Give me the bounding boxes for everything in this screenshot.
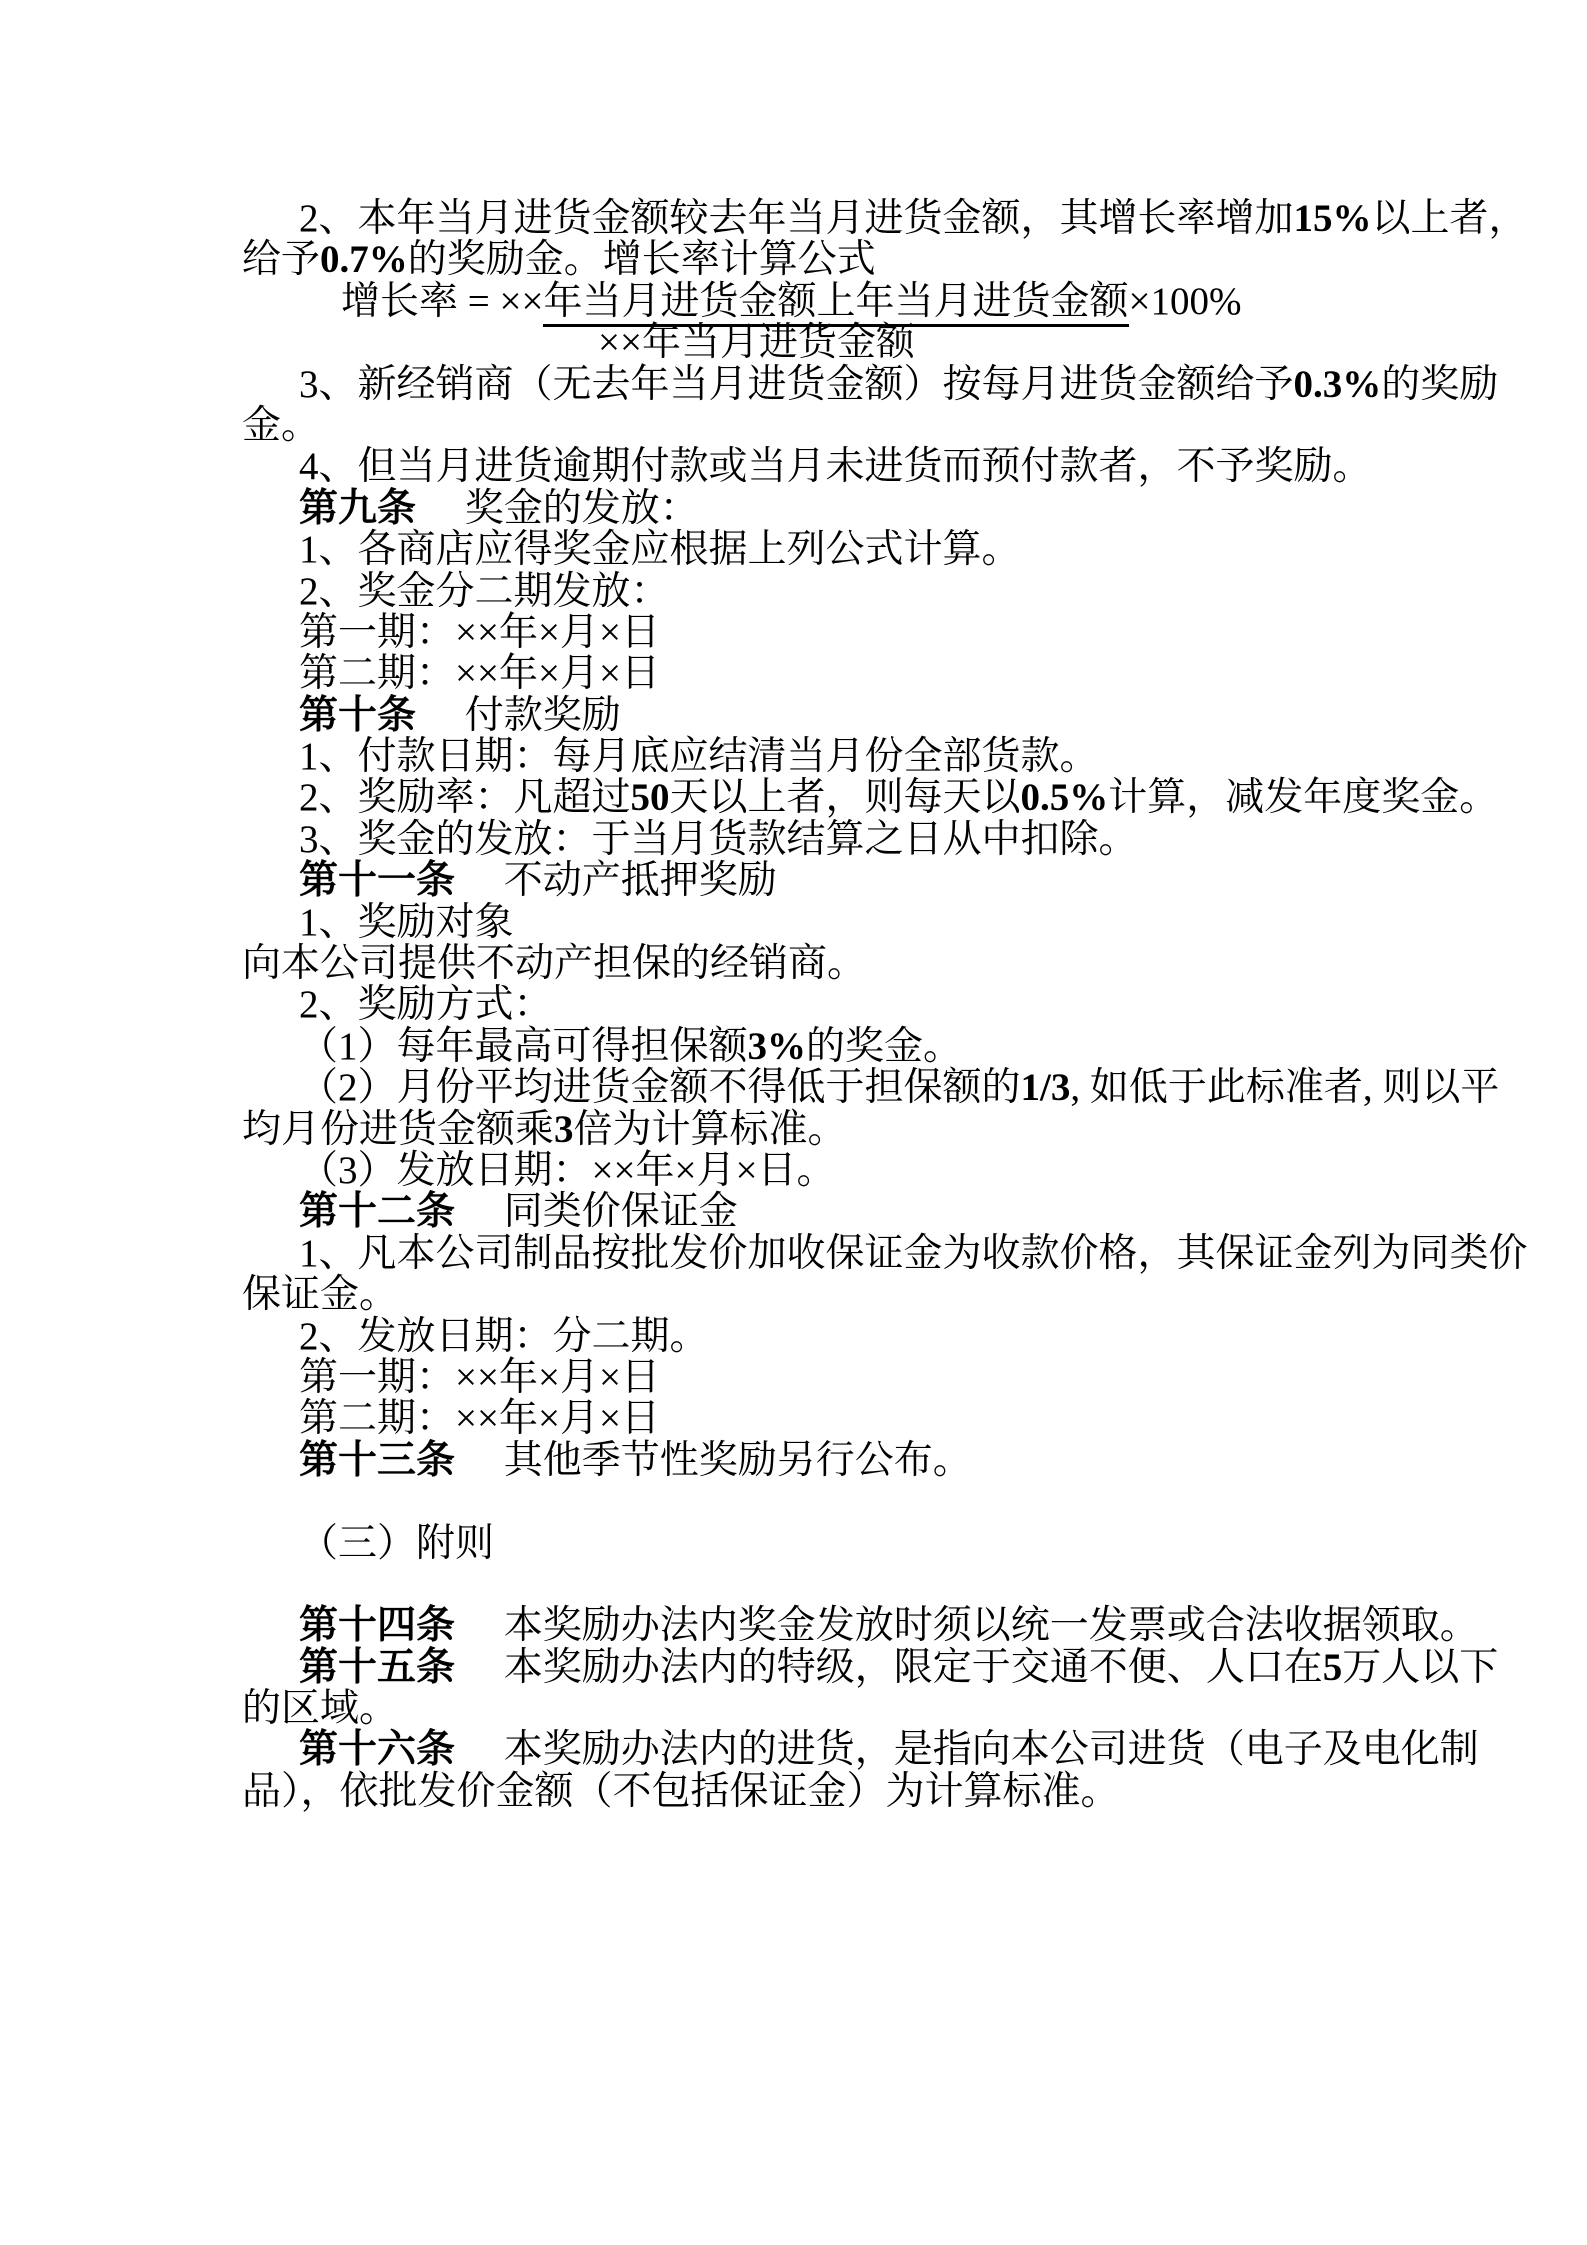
- text-line: 1、各商店应得奖金应根据上列公式计算。: [242, 529, 1587, 570]
- text-segment: 的区域。: [242, 1687, 398, 1730]
- text-segment: 第二期：××年×月×日: [299, 652, 660, 695]
- text-line: 第一期：××年×月×日: [242, 612, 1587, 653]
- text-segment: 付款奖励: [416, 694, 621, 737]
- text-line: 3、新经销商（无去年当月进货金额）按每月进货金额给予0.3%的奖励: [242, 364, 1587, 405]
- bold-text-segment: 第十二条: [299, 1190, 455, 1233]
- text-line: （1）每年最高可得担保额3%的奖金。: [242, 1026, 1587, 1067]
- text-segment: 奖金的发放：: [416, 487, 699, 530]
- text-segment: 2、本年当月进货金额较去年当月进货金额，其增长率增加: [299, 197, 1294, 240]
- bold-text-segment: 第十五条: [299, 1646, 455, 1689]
- text-segment: 第二期：××年×月×日: [299, 1397, 660, 1440]
- text-line: 1、奖励对象: [242, 902, 1587, 943]
- text-segment: 万人以下: [1342, 1646, 1498, 1689]
- bold-text-segment: 5: [1323, 1646, 1343, 1689]
- text-segment: 2、发放日期：分二期。: [299, 1315, 709, 1358]
- text-segment: （三）附则: [299, 1522, 494, 1565]
- text-segment: 1、奖励对象: [299, 901, 514, 944]
- formula-line: ××年当月进货金额: [242, 322, 1587, 363]
- text-segment: 2、奖金分二期发放：: [299, 570, 670, 613]
- blank-line: [242, 1481, 1587, 1522]
- text-line: 均月份进货金额乘3倍为计算标准。: [242, 1109, 1587, 1150]
- text-line: （2）月份平均进货金额不得低于担保额的1/3, 如低于此标准者, 则以平: [242, 1067, 1587, 1108]
- text-segment: 本奖励办法内奖金发放时须以统一发票或合法收据领取。: [455, 1604, 1479, 1647]
- text-segment: 金。: [242, 404, 320, 447]
- text-segment: , 如低于此标准者, 则以平: [1070, 1066, 1499, 1109]
- text-line: 第二期：××年×月×日: [242, 653, 1587, 694]
- text-segment: 同类价保证金: [455, 1190, 738, 1233]
- text-segment: 的奖励金。增长率计算公式: [408, 238, 876, 281]
- text-line: 保证金。: [242, 1274, 1587, 1315]
- text-segment: 的奖励: [1381, 363, 1498, 406]
- bold-text-segment: 50: [631, 776, 670, 819]
- text-line: 2、奖励率：凡超过50天以上者，则每天以0.5%计算，减发年度奖金。: [242, 777, 1587, 818]
- bold-text-segment: 第十条: [299, 694, 416, 737]
- text-segment: 品），依批发价金额（不包括保证金）为计算标准。: [242, 1770, 1120, 1813]
- text-segment: 其他季节性奖励另行公布。: [455, 1439, 972, 1482]
- text-segment: 给予: [242, 238, 320, 281]
- text-line: 1、付款日期：每月底应结清当月份全部货款。: [242, 736, 1587, 777]
- bold-text-segment: 第十三条: [299, 1439, 455, 1482]
- text-line: 向本公司提供不动产担保的经销商。: [242, 943, 1587, 984]
- text-line: 第十五条 本奖励办法内的特级，限定于交通不便、人口在5万人以下: [242, 1647, 1587, 1688]
- bold-text-segment: 15%: [1294, 197, 1372, 240]
- text-segment: 3、新经销商（无去年当月进货金额）按每月进货金额给予: [299, 363, 1294, 406]
- bold-text-segment: 第十四条: [299, 1604, 455, 1647]
- bold-text-segment: 第九条: [299, 487, 416, 530]
- bold-text-segment: 第十一条: [299, 859, 455, 902]
- formula-numerator-underlined: 年当月进货金额上年当月进货金额: [543, 280, 1128, 327]
- text-segment: 本奖励办法内的特级，限定于交通不便、人口在: [455, 1646, 1323, 1689]
- document-body: 2、本年当月进货金额较去年当月进货金额，其增长率增加15%以上者，给予0.7%的…: [242, 198, 1587, 1812]
- formula-line: 增长率 = ××年当月进货金额上年当月进货金额×100%: [242, 281, 1587, 322]
- text-line: 2、本年当月进货金额较去年当月进货金额，其增长率增加15%以上者，: [242, 198, 1587, 239]
- text-segment: 以上者，: [1372, 197, 1528, 240]
- text-line: 第十一条 不动产抵押奖励: [242, 860, 1587, 901]
- text-segment: （2）月份平均进货金额不得低于担保额的: [299, 1066, 1021, 1109]
- bold-text-segment: 3: [554, 1108, 574, 1151]
- text-segment: 2、奖励方式：: [299, 983, 553, 1026]
- bold-text-segment: 0.3%: [1294, 363, 1382, 406]
- text-segment: 本奖励办法内的进货，是指向本公司进货（电子及电化制: [455, 1728, 1479, 1771]
- text-line: 第九条 奖金的发放：: [242, 488, 1587, 529]
- text-segment: ×100%: [1129, 280, 1242, 323]
- text-segment: 天以上者，则每天以: [670, 776, 1021, 819]
- text-segment: 计算，减发年度奖金。: [1108, 776, 1498, 819]
- text-line: 金。: [242, 405, 1587, 446]
- blank-line: [242, 1564, 1587, 1605]
- text-segment: 2、奖励率：凡超过: [299, 776, 631, 819]
- text-line: 3、奖金的发放：于当月货款结算之日从中扣除。: [242, 819, 1587, 860]
- text-line: （三）附则: [242, 1523, 1587, 1564]
- text-segment: 1、各商店应得奖金应根据上列公式计算。: [299, 528, 1021, 571]
- bold-text-segment: 1/3: [1021, 1066, 1071, 1109]
- bold-text-segment: 3%: [748, 1025, 807, 1068]
- text-segment: （3）发放日期：××年×月×日。: [299, 1149, 835, 1192]
- text-segment: 增长率 = ××: [341, 280, 543, 323]
- text-line: 给予0.7%的奖励金。增长率计算公式: [242, 239, 1587, 280]
- bold-text-segment: 第十六条: [299, 1728, 455, 1771]
- text-segment: 向本公司提供不动产担保的经销商。: [242, 942, 866, 985]
- text-segment: 不动产抵押奖励: [455, 859, 777, 902]
- text-line: 2、奖金分二期发放：: [242, 571, 1587, 612]
- text-line: （3）发放日期：××年×月×日。: [242, 1150, 1587, 1191]
- text-line: 2、奖励方式：: [242, 984, 1587, 1025]
- text-segment: 3、奖金的发放：于当月货款结算之日从中扣除。: [299, 818, 1138, 861]
- text-segment: 1、付款日期：每月底应结清当月份全部货款。: [299, 735, 1099, 778]
- text-segment: 1、凡本公司制品按批发价加收保证金为收款价格，其保证金列为同类价: [299, 1232, 1528, 1275]
- text-line: 第一期：××年×月×日: [242, 1357, 1587, 1398]
- text-segment: 第一期：××年×月×日: [299, 611, 660, 654]
- text-line: 第十三条 其他季节性奖励另行公布。: [242, 1440, 1587, 1481]
- text-segment: 保证金。: [242, 1273, 398, 1316]
- text-line: 第十四条 本奖励办法内奖金发放时须以统一发票或合法收据领取。: [242, 1605, 1587, 1646]
- text-segment: （1）每年最高可得担保额: [299, 1025, 748, 1068]
- text-segment: 第一期：××年×月×日: [299, 1356, 660, 1399]
- bold-text-segment: 0.5%: [1021, 776, 1109, 819]
- text-segment: ××年当月进货金额: [598, 321, 915, 364]
- text-line: 第十六条 本奖励办法内的进货，是指向本公司进货（电子及电化制: [242, 1729, 1587, 1770]
- text-segment: 4、但当月进货逾期付款或当月未进货而预付款者，不予奖励。: [299, 445, 1372, 488]
- text-line: 第二期：××年×月×日: [242, 1398, 1587, 1439]
- text-line: 2、发放日期：分二期。: [242, 1316, 1587, 1357]
- text-segment: 均月份进货金额乘: [242, 1108, 554, 1151]
- bold-text-segment: 0.7%: [320, 238, 408, 281]
- text-line: 4、但当月进货逾期付款或当月未进货而预付款者，不予奖励。: [242, 446, 1587, 487]
- text-line: 的区域。: [242, 1688, 1587, 1729]
- text-line: 品），依批发价金额（不包括保证金）为计算标准。: [242, 1771, 1587, 1812]
- text-segment: 倍为计算标准。: [574, 1108, 847, 1151]
- document-page: 2、本年当月进货金额较去年当月进货金额，其增长率增加15%以上者，给予0.7%的…: [0, 0, 1587, 2245]
- text-line: 第十二条 同类价保证金: [242, 1191, 1587, 1232]
- text-line: 第十条 付款奖励: [242, 695, 1587, 736]
- text-segment: 的奖金。: [806, 1025, 962, 1068]
- text-line: 1、凡本公司制品按批发价加收保证金为收款价格，其保证金列为同类价: [242, 1233, 1587, 1274]
